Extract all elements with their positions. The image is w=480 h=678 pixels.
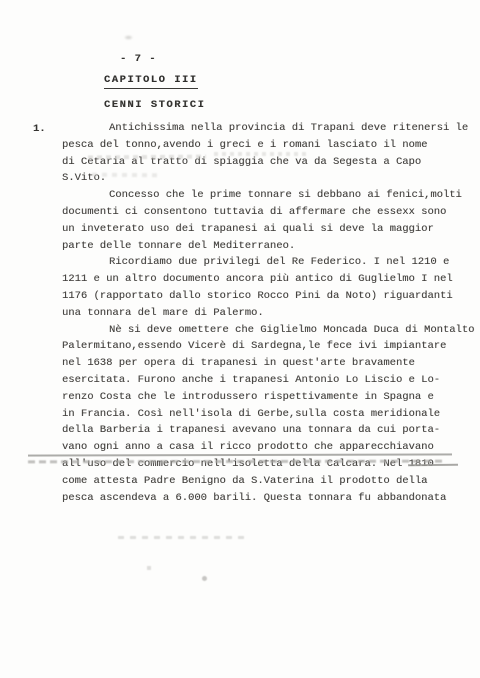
text-line: come attesta Padre Benigno da S.Vaterina…	[62, 473, 462, 490]
text-line: pesca del tonno,avendo i greci e i roman…	[62, 137, 462, 154]
text-line: documenti ci consentono tuttavia di affe…	[62, 204, 462, 221]
text-line: della Barberia i trapanesi avevano una t…	[62, 422, 462, 439]
text-line: renzo Costa che le introdussero rispetti…	[62, 389, 462, 406]
body-text-block: Antichissima nella provincia di Trapani …	[62, 120, 462, 506]
text-line: Nè si deve omettere che Giglielmo Moncad…	[62, 322, 462, 339]
text-line: Antichissima nella provincia di Trapani …	[62, 120, 462, 137]
scanned-typewritten-page: - 7 - CAPITOLO III CENNI STORICI 1. Anti…	[0, 0, 480, 678]
faint-pencil-dot	[202, 576, 207, 581]
chapter-heading: CAPITOLO III	[104, 74, 198, 89]
text-line: parte delle tonnare del Mediterraneo.	[62, 238, 462, 255]
faint-pencil-mark	[147, 566, 151, 570]
text-line: un inveterato uso dei trapanesi ai quali…	[62, 221, 462, 238]
paragraph-number: 1.	[33, 123, 46, 135]
text-line: 1176 (rapportato dallo storico Rocco Pin…	[62, 288, 462, 305]
text-line: Palermitano,essendo Vicerè di Sardegna,l…	[62, 338, 462, 355]
page-number: - 7 -	[120, 53, 157, 65]
text-line: di Cetaria al tratto di spiaggia che va …	[62, 154, 462, 171]
scan-smudge	[125, 36, 132, 39]
text-line: pesca ascendeva a 6.000 barili. Questa t…	[62, 490, 462, 507]
text-line: in Francia. Così nell'isola di Gerbe,sul…	[62, 406, 462, 423]
faint-pencil-dashes	[118, 536, 244, 539]
text-line: esercitata. Furono anche i trapanesi Ant…	[62, 372, 462, 389]
text-line: Concesso che le prime tonnare si debbano…	[62, 187, 462, 204]
section-heading: CENNI STORICI	[104, 99, 205, 111]
text-line: vano ogni anno a casa il ricco prodotto …	[62, 439, 462, 456]
text-line: S.Vito.	[62, 170, 462, 187]
text-line: all'uso del commercio nell'isoletta dell…	[62, 456, 462, 473]
text-line: 1211 e un altro documento ancora più ant…	[62, 271, 462, 288]
text-line: nel 1638 per opera di trapanesi in quest…	[62, 355, 462, 372]
text-line: Ricordiamo due privilegi del Re Federico…	[62, 254, 462, 271]
text-line: una tonnara del mare di Palermo.	[62, 305, 462, 322]
